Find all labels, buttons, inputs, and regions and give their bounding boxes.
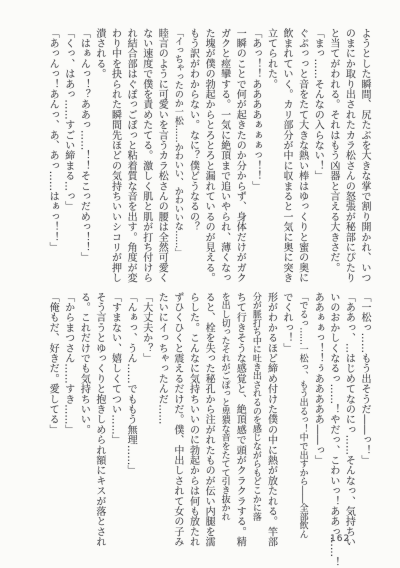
text-column: ぐぷっっと音をたて大きな熱い棒はゆっくりと蜜の奥に: [294, 28, 310, 288]
text-column: 飲まれていく。カリ部分が中に収まると一気に奥に突き: [278, 28, 294, 288]
text-column: た塊が僕の勃起からとろとろと漏れているのが見える。: [200, 28, 216, 288]
text-column: ずひくひくと震えるだけだ。僕、中出しされて女の子み: [169, 292, 185, 548]
text-column: いのおかしくなるっ……！やだっ、こわいっ！ああっ……！: [325, 292, 341, 548]
text-column: 「まっ……そんなの入らない！」: [310, 28, 326, 288]
text-column: 「あっんっ！あんっ、あ、あっ……はぁっ！！」: [45, 28, 61, 288]
text-column: ちて行きそうな感覚と、絶頂感で頭がクラクラする。精: [232, 292, 248, 548]
text-column: ガクと痙攣する。一気に絶頂まで追いやられ、薄くなっ: [216, 28, 232, 288]
text-column: る。これだけでも気持ちいい。: [76, 292, 92, 548]
text-column: れ結合部はぐぽっごぽっと粘着質な音を出す。角度が変: [123, 28, 139, 288]
text-column: 分が脈打ち中に吐き出されるのを感じながらもどこかに落: [247, 292, 263, 548]
text-column: たいにイっちゃったんだ……: [154, 292, 170, 548]
text-column: 「ああっ、…はじめてなのにっ……そんなっ、気持ちい: [341, 292, 357, 548]
text-column: 立てられた。: [263, 28, 279, 288]
text-column: ようとした瞬間、尻たぶを大きな掌で割り開かれ、いつ: [356, 28, 372, 288]
top-text-block: ようとした瞬間、尻たぶを大きな掌で割り開かれ、いつ のまにか取り出されたカラ松さ…: [28, 28, 372, 288]
text-column: 潰される。: [91, 28, 107, 288]
text-column: 「からまつさん……すき……」: [60, 292, 76, 548]
text-column: 「はぁんっ！？ああっ……！！そこっだめっ！！」: [76, 28, 92, 288]
text-column: 形がわかるほど締め付けた僕の中に熱が放たれる。竿部: [263, 292, 279, 548]
text-column: 「俺もだ、好きだ。愛してる」: [45, 292, 61, 548]
bottom-text-block: 「一松っ……もう出そうだ――っ！」 「ああっ、…はじめてなのにっ……そんなっ、気…: [22, 292, 372, 548]
text-column: 「でるっ……一松っ、もう出るっ！中で出すから――全部飲ん: [294, 292, 310, 548]
text-column: のまにか取り出されたカラ松さんの怒張が秘部にぴたり: [341, 28, 357, 288]
text-column: らした。こんなに気持ちいいのに勃起からは何も放たれ: [185, 292, 201, 548]
text-column: 「くっ、はあっ……すごい締まる…っ」: [60, 28, 76, 288]
text-column: ない速度で僕を責めたてる。激しく肌と肌が打ち付けら: [138, 28, 154, 288]
text-column: 「あっ！！ああああぁぁぁっ！！」: [247, 28, 263, 288]
text-column: 睦言のように可愛いを言うカラ松さんの腰は全然可愛く: [154, 28, 170, 288]
text-column: でくれっ！」: [278, 292, 294, 548]
text-column: 「大丈夫か？」: [138, 292, 154, 548]
text-column: 「一松っ……もう出そうだ――っ！」: [356, 292, 372, 548]
page-number: 162: [330, 534, 350, 544]
text-column: そう言うとゆっくりと抱きしめられ額にキスが落とされ: [91, 292, 107, 548]
text-column: 「イっちゃったのか一松……かわいい、かわいいな……」: [169, 28, 185, 288]
text-column: 「んぁっ、うん……でももう無理……」: [123, 292, 139, 548]
text-column: ると、栓を失った秘孔から注がれたものが伝い内腿を濡: [200, 292, 216, 548]
text-column: 一瞬のことで何が起きたのか分からず、身体だけがガク: [232, 28, 248, 288]
scanned-novel-page: ようとした瞬間、尻たぶを大きな掌で割り開かれ、いつ のまにか取り出されたカラ松さ…: [0, 0, 400, 568]
text-column: を出し切ったそれがごぽっと卑猥な音をたてて引き抜かれ: [216, 292, 232, 548]
text-column: もう訳がわからない。なに？僕どうなるの？: [185, 28, 201, 288]
text-column: と当てがわれる。それはもう凶器と言える大きさだ。: [325, 28, 341, 288]
text-column: ああぁぁっ！！ぅあああああ――っ」: [310, 292, 326, 548]
text-column: わり中を抉られた瞬間先ほどの気持ちいいシコリが押し: [107, 28, 123, 288]
text-column: 「すまない、嬉しくてつい……」: [107, 292, 123, 548]
